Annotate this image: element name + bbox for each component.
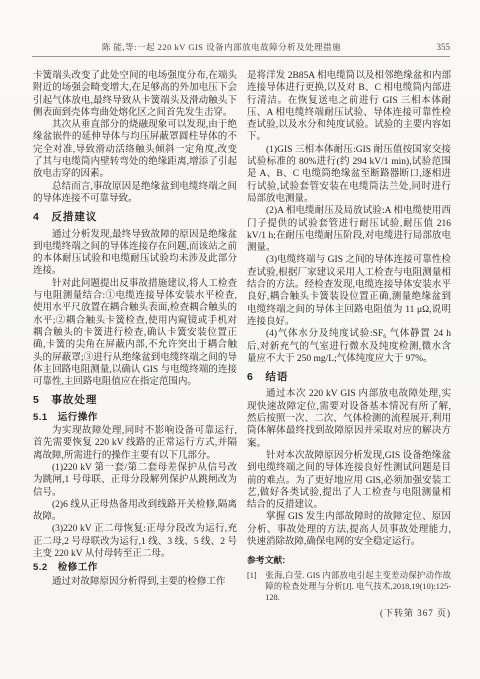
paragraph: (1)GIS 三相本体耐压:GIS 耐压值按国家交接试验标准的 80%进行(约 … — [247, 144, 451, 205]
paragraph: (2)A 相电缆耐压及局放试验:A 相电缆使用西门子提供的试验套管进行耐压试验,… — [247, 205, 451, 254]
paragraph: 通过分析发现,最终导致故障的原因是绝缘盆到电缆终端之间的导体连接存在问题,而该站… — [33, 229, 237, 278]
paragraph: 针对此问题提出反事故措施建议,将人工检查与电阻测量结合:①电缆连接导体安装水平检… — [33, 278, 237, 389]
paragraph: 其次从垂直部分的烧融现象可以发现,由于绝缘盆嵌件的延伸导体与均压屏蔽罩圆柱导体的… — [33, 119, 237, 180]
paragraph: 为实现故障处理,同时不影响设备可靠运行,首先需要恢复 220 kV 线路的正常运… — [33, 425, 237, 462]
paragraph: 通过本次 220 kV GIS 内部放电故障处理,实现快速故障定位,需要对设备基… — [247, 388, 451, 449]
continued-note: (下转第 367 页) — [247, 607, 451, 619]
section-heading: 5 事故处理 — [33, 394, 237, 406]
paragraph: (4)气体水分及纯度试验:SF₆ 气体静置 24 h 后,对新充气的气室进行微水… — [247, 328, 451, 365]
paragraph: 针对本次故障原因分析发现,GIS 设备绝缘盆到电缆终端之间的导体连接良好性测试问… — [247, 450, 451, 511]
subsection-heading: 5.2 检修工作 — [33, 562, 237, 574]
section-heading: 6 结语 — [247, 371, 451, 383]
running-head: 陈 能,等:一起 220 kV GIS 设备内部放电故障分析及处理措施 355 — [33, 40, 450, 54]
paper-page: 陈 能,等:一起 220 kV GIS 设备内部放电故障分析及处理措施 355 … — [0, 0, 480, 679]
paragraph: (3)220 kV 正二母恢复:正母分段改为运行,充正二母,2 号母联改为运行,… — [33, 523, 237, 560]
two-column-body: 卡簧端头改变了此处空间的电场强度分布,在端头附近的场强会畸变增大,在足够高的外加… — [33, 70, 451, 639]
subsection-heading: 5.1 运行操作 — [33, 412, 237, 424]
paragraph: (2)6 线从正母热备用改到线路开关检修,隔离故障。 — [33, 499, 237, 524]
section-heading: 4 反措建议 — [33, 211, 237, 223]
page-number: 355 — [410, 42, 450, 52]
header-rule — [32, 56, 450, 57]
left-column: 卡簧端头改变了此处空间的电场强度分布,在端头附近的场强会畸变增大,在足够高的外加… — [33, 70, 237, 639]
paragraph: (3)电缆终端与 GIS 之间的导体连接可靠性检查试验,根据厂家建议采用人工检查… — [247, 254, 451, 328]
paragraph-continued: 卡簧端头改变了此处空间的电场强度分布,在端头附近的场强会畸变增大,在足够高的外加… — [33, 70, 237, 119]
paragraph: 掌握 GIS 发生内部故障时的故障定位、原因分析、事故处理的方法,提高人员事故处… — [247, 511, 451, 548]
references-heading: 参考文献: — [247, 554, 451, 566]
right-column: 是将洋发 2B85A 相电缆筒以及相邻绝缘盆和内部连接导体进行更换,以及对 B、… — [247, 70, 451, 639]
paragraph: (1)220 kV 第一套/第二套母差保护从信号改为跳闸,1 号母联、正母分段解… — [33, 462, 237, 499]
paragraph-continued: 是将洋发 2B85A 相电缆筒以及相邻绝缘盆和内部连接导体进行更换,以及对 B、… — [247, 70, 451, 144]
paragraph: 通过对故障原因分析得到,主要的检修工作 — [33, 576, 237, 588]
reference-item: [1] 张海,白莹. GIS 内部放电引起主变差动保护动作故障的检查处理与分析[… — [247, 570, 451, 603]
paragraph: 总结而言,事故原因是绝缘盆到电缆终端之间的导体连接不可靠导致。 — [33, 181, 237, 206]
running-head-title: 陈 能,等:一起 220 kV GIS 设备内部放电故障分析及处理措施 — [33, 41, 410, 53]
